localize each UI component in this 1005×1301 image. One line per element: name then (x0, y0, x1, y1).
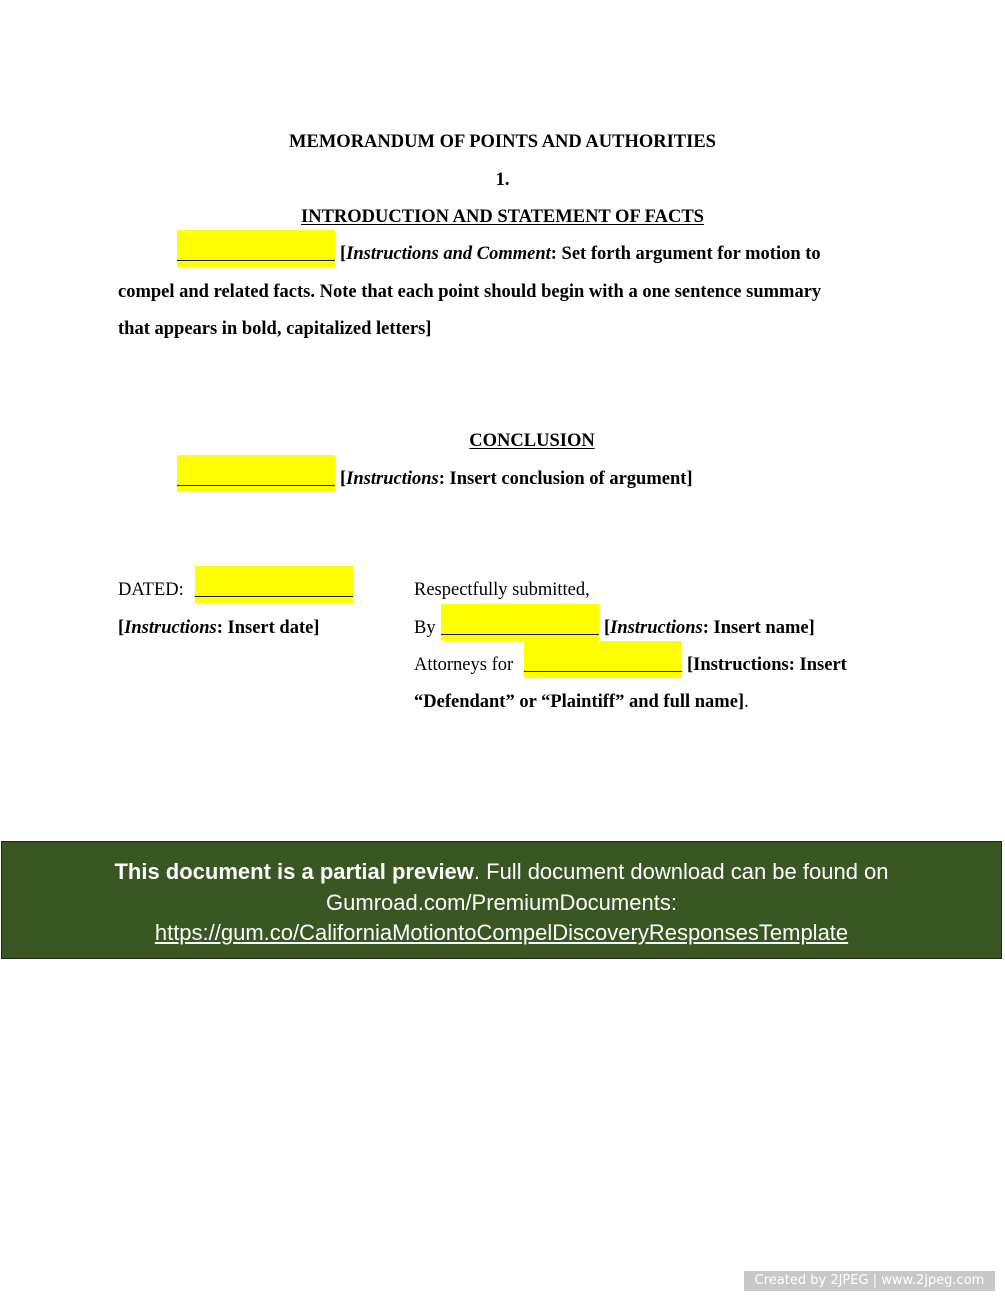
banner-line2: Gumroad.com/PremiumDocuments: (2, 888, 1001, 919)
dated-instruction: [Instructions: Insert date] (118, 617, 319, 639)
dated-label: DATED: (118, 579, 184, 601)
attorneys-for-label: Attorneys for (414, 654, 513, 676)
intro-instruction-line2: compel and related facts. Note that each… (118, 281, 821, 303)
instruction-text: : Insert name] (703, 618, 815, 638)
by-label: By (414, 617, 436, 639)
conclusion-instruction: [Instructions: Insert conclusion of argu… (340, 468, 693, 490)
conclusion-heading: CONCLUSION (0, 430, 1005, 452)
instruction-label: Instructions and Comment (346, 244, 551, 264)
respectfully-submitted: Respectfully submitted, (414, 579, 590, 601)
blank-underline (177, 260, 335, 262)
gumroad-link[interactable]: https://gum.co/CaliforniaMotiontoCompelD… (155, 920, 848, 945)
blank-underline (524, 671, 682, 673)
section-number: 1. (0, 169, 1005, 191)
intro-instruction-line3: that appears in bold, capitalized letter… (118, 318, 431, 340)
instruction-label: Instructions (124, 618, 217, 638)
blank-underline (195, 596, 353, 598)
section-heading-text: INTRODUCTION AND STATEMENT OF FACTS (301, 207, 704, 227)
period: . (744, 692, 749, 712)
dated-blank-field[interactable] (195, 566, 353, 603)
instruction-text: : Set forth argument for motion to (551, 244, 821, 264)
attorneys-instruction-line1: [Instructions: Insert (687, 654, 847, 676)
instruction-label: Instructions (610, 618, 703, 638)
banner-text: . Full document download can be found on (474, 859, 889, 884)
banner-bold-text: This document is a partial preview (114, 859, 473, 884)
attorneys-instruction-line2: “Defendant” or “Plaintiff” and full name… (414, 691, 749, 713)
conclusion-heading-text: CONCLUSION (469, 431, 594, 451)
document-title: MEMORANDUM OF POINTS AND AUTHORITIES (0, 131, 1005, 153)
by-blank-field[interactable] (441, 604, 599, 641)
preview-banner: This document is a partial preview. Full… (1, 841, 1002, 959)
by-instruction: [Instructions: Insert name] (604, 617, 815, 639)
watermark: Created by 2JPEG | www.2jpeg.com (744, 1271, 995, 1291)
instruction-text: : Insert date] (217, 618, 320, 638)
banner-line1: This document is a partial preview. Full… (2, 857, 1001, 888)
blank-underline (441, 634, 599, 636)
instruction-text: : Insert conclusion of argument] (439, 469, 693, 489)
conclusion-blank-field[interactable] (177, 455, 335, 492)
instruction-text: “Defendant” or “Plaintiff” and full name… (414, 692, 744, 712)
section-heading: INTRODUCTION AND STATEMENT OF FACTS (0, 206, 1005, 228)
attorneys-blank-field[interactable] (524, 641, 682, 678)
instruction-label: Instructions (346, 469, 439, 489)
blank-underline (177, 485, 335, 487)
intro-instruction-line1: [Instructions and Comment: Set forth arg… (340, 243, 821, 265)
intro-blank-field[interactable] (177, 230, 335, 267)
